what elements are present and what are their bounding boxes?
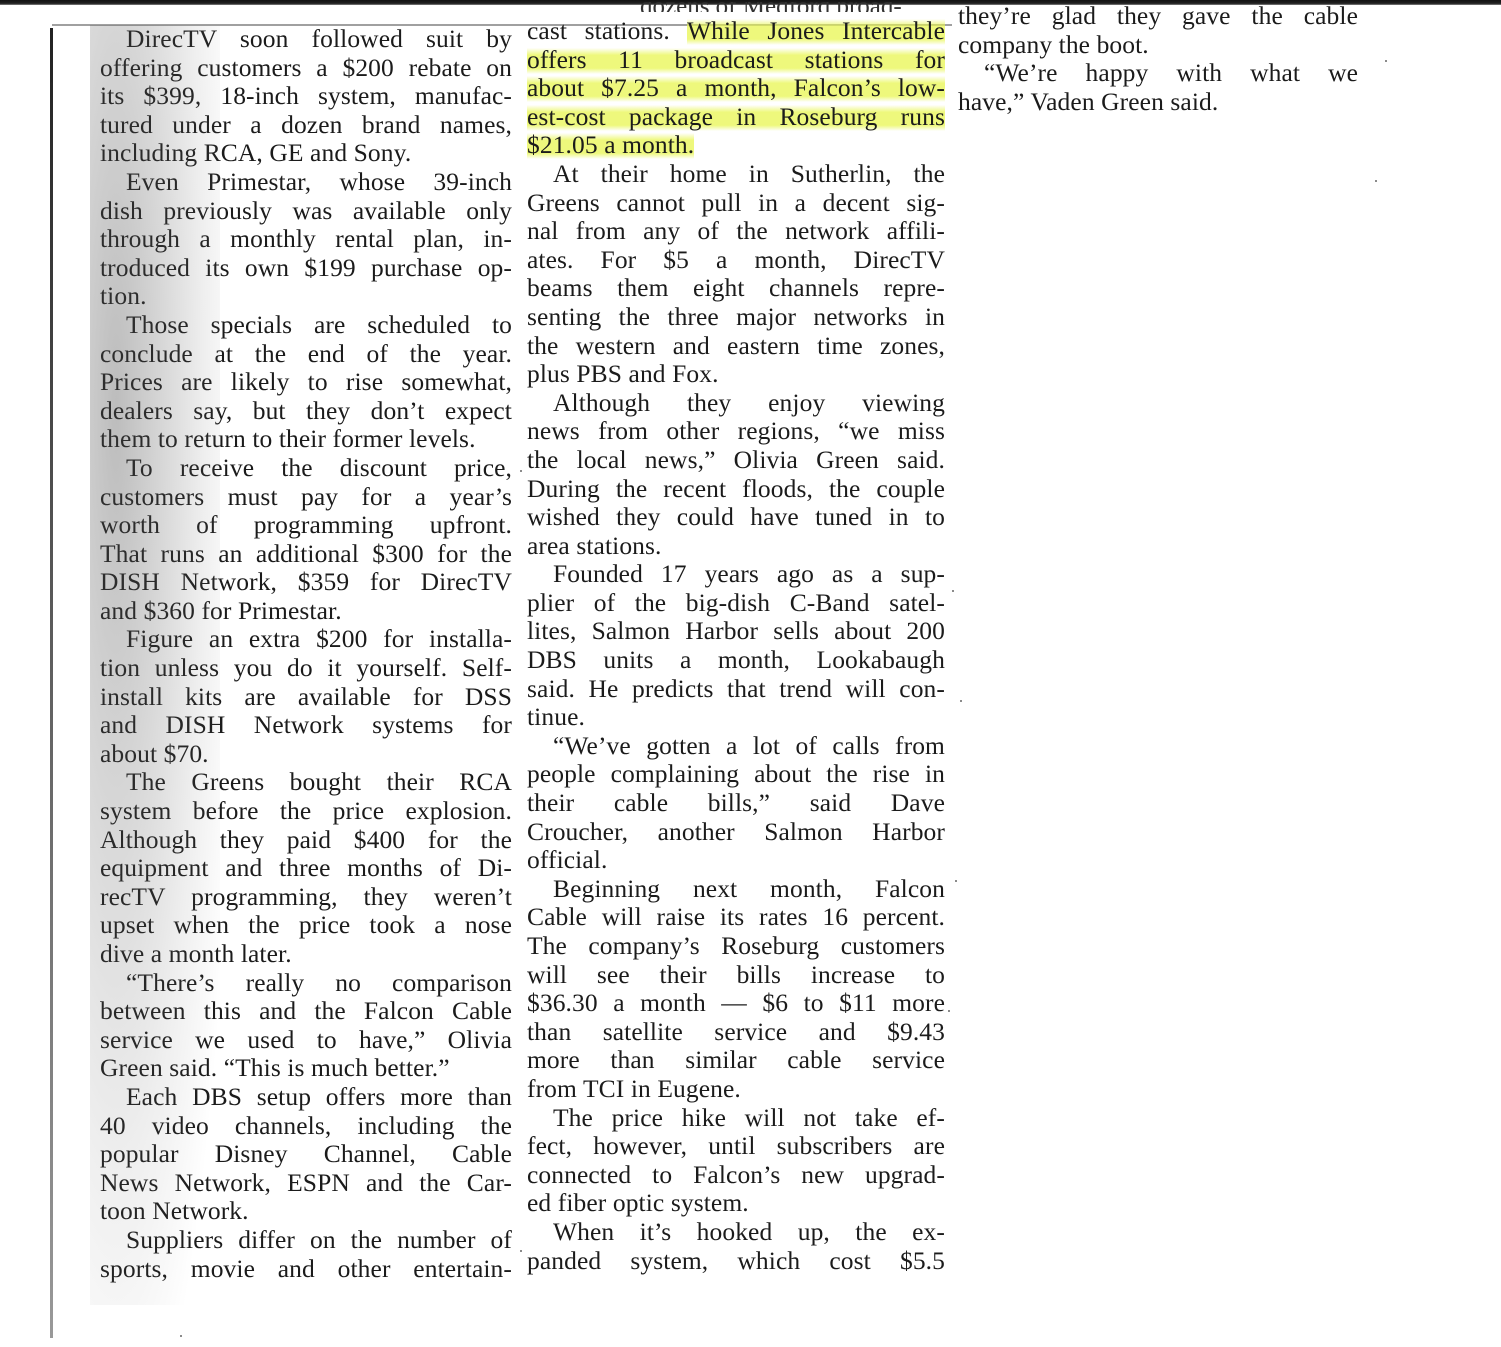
text-line: fect, however, until subscribers are <box>527 1132 945 1161</box>
line-text: the local news,” Olivia Green said. <box>527 445 945 474</box>
scan-speck <box>952 590 954 592</box>
line-text: At their home in Sutherlin, the <box>553 159 945 188</box>
line-text: DBS units a month, Lookabaugh <box>527 645 945 674</box>
text-line: about $70. <box>100 740 512 769</box>
line-text: senting the three major networks in <box>527 302 945 331</box>
line-text: Even Primestar, whose 39-inch <box>126 167 512 196</box>
line-text: the western and eastern time zones, <box>527 331 945 360</box>
line-text: upset when the price took a nose <box>100 910 512 939</box>
line-text: DISH Network, $359 for DirecTV <box>100 567 512 596</box>
text-line: install kits are available for DSS <box>100 683 512 712</box>
text-line: worth of programming upfront. <box>100 511 512 540</box>
text-line: have,” Vaden Green said. <box>958 88 1358 117</box>
column-lines: they’re glad they gave the cablecompany … <box>958 2 1358 116</box>
text-line: the western and eastern time zones, <box>527 332 945 361</box>
text-line: their cable bills,” said Dave <box>527 789 945 818</box>
line-text: Prices are likely to rise somewhat, <box>100 367 512 396</box>
scan-speck <box>1375 180 1377 182</box>
line-text: about $70. <box>100 739 209 768</box>
text-line: $21.05 a month. <box>527 131 945 160</box>
text-line: about $7.25 a month, Falcon’s low- <box>527 74 945 103</box>
line-text: lites, Salmon Harbor sells about 200 <box>527 616 945 645</box>
text-line: tured under a dozen brand names, <box>100 111 512 140</box>
line-text: ates. For $5 a month, DirecTV <box>527 245 945 274</box>
text-line: DirecTV soon followed suit by <box>100 25 512 54</box>
text-line: Suppliers differ on the number of <box>100 1226 512 1255</box>
line-text: said. He predicts that trend will con- <box>527 674 945 703</box>
article-column-middle: cast stations. While Jones Intercableoff… <box>527 17 945 1275</box>
text-line: them to return to their former levels. <box>100 425 512 454</box>
line-text: more than similar cable service <box>527 1045 945 1074</box>
text-line: Although they paid $400 for the <box>100 826 512 855</box>
text-line: people complaining about the rise in <box>527 760 945 789</box>
text-line: between this and the Falcon Cable <box>100 997 512 1026</box>
text-line: At their home in Sutherlin, the <box>527 160 945 189</box>
text-line: plus PBS and Fox. <box>527 360 945 389</box>
line-text: offering customers a $200 rebate on <box>100 53 512 82</box>
line-text: When it’s hooked up, the ex- <box>553 1217 945 1246</box>
line-text: through a monthly rental plan, in- <box>100 224 512 253</box>
line-text: than satellite service and $9.43 <box>527 1017 945 1046</box>
text-line: senting the three major networks in <box>527 303 945 332</box>
line-text: dish previously was available only <box>100 196 512 225</box>
line-text: have,” Vaden Green said. <box>958 87 1218 116</box>
line-text: DirecTV soon followed suit by <box>126 24 512 53</box>
line-text: Although they paid $400 for the <box>100 825 512 854</box>
line-text: them to return to their former levels. <box>100 424 476 453</box>
line-text: news from other regions, “we miss <box>527 416 945 445</box>
line-text: cast stations. <box>527 16 687 45</box>
line-text: That runs an additional $300 for the <box>100 539 512 568</box>
text-line: Greens cannot pull in a decent sig- <box>527 189 945 218</box>
line-text: toon Network. <box>100 1196 249 1225</box>
line-text: panded system, which cost $5.5 <box>527 1246 945 1275</box>
text-line: Each DBS setup offers more than <box>100 1083 512 1112</box>
text-line: plier of the big-dish C-Band satel- <box>527 589 945 618</box>
line-text: between this and the Falcon Cable <box>100 996 512 1025</box>
text-line: more than similar cable service <box>527 1046 945 1075</box>
text-line: and $360 for Primestar. <box>100 597 512 626</box>
scan-speck <box>960 700 962 702</box>
line-text: dive a month later. <box>100 939 292 968</box>
text-line: Even Primestar, whose 39-inch <box>100 168 512 197</box>
text-line: they’re glad they gave the cable <box>958 2 1358 31</box>
line-text: Each DBS setup offers more than <box>126 1082 512 1111</box>
line-text: sports, movie and other entertain- <box>100 1254 512 1283</box>
text-line: beams them eight channels repre- <box>527 274 945 303</box>
text-line: 40 video channels, including the <box>100 1112 512 1141</box>
text-line: equipment and three months of Di- <box>100 854 512 883</box>
line-text: Cable will raise its rates 16 percent. <box>527 902 945 931</box>
text-line: tion. <box>100 282 512 311</box>
text-line: customers must pay for a year’s <box>100 483 512 512</box>
line-text: people complaining about the rise in <box>527 759 945 788</box>
line-text: tinue. <box>527 702 585 731</box>
text-line: will see their bills increase to <box>527 961 945 990</box>
text-line: panded system, which cost $5.5 <box>527 1247 945 1276</box>
text-line: “We’re happy with what we <box>958 59 1358 88</box>
text-line: conclude at the end of the year. <box>100 340 512 369</box>
text-line: DISH Network, $359 for DirecTV <box>100 568 512 597</box>
line-text: Green said. “This is much better.” <box>100 1053 450 1082</box>
line-text: ed fiber optic system. <box>527 1188 749 1217</box>
text-line: To receive the discount price, <box>100 454 512 483</box>
text-line: Although they enjoy viewing <box>527 389 945 418</box>
text-line: recTV programming, they weren’t <box>100 883 512 912</box>
highlighted-text: est-cost package in Roseburg runs <box>527 102 945 131</box>
text-line: ates. For $5 a month, DirecTV <box>527 246 945 275</box>
line-text: troduced its own $199 purchase op- <box>100 253 512 282</box>
article-column-right: they’re glad they gave the cablecompany … <box>958 2 1358 116</box>
text-line: service we used to have,” Olivia <box>100 1026 512 1055</box>
text-line: connected to Falcon’s new upgrad- <box>527 1161 945 1190</box>
scan-speck <box>955 880 957 882</box>
text-line: “We’ve gotten a lot of calls from <box>527 732 945 761</box>
line-text: Suppliers differ on the number of <box>126 1225 512 1254</box>
line-text: equipment and three months of Di- <box>100 853 512 882</box>
text-line: through a monthly rental plan, in- <box>100 225 512 254</box>
line-text: To receive the discount price, <box>126 453 512 482</box>
line-text: dealers say, but they don’t expect <box>100 396 512 425</box>
line-text: service we used to have,” Olivia <box>100 1025 512 1054</box>
line-text: popular Disney Channel, Cable <box>100 1139 512 1168</box>
text-line: Prices are likely to rise somewhat, <box>100 368 512 397</box>
highlighted-text: about $7.25 a month, Falcon’s low- <box>527 73 945 102</box>
article-column-left: DirecTV soon followed suit byoffering cu… <box>100 25 512 1283</box>
clipping-left-edge <box>50 28 53 1338</box>
line-text: system before the price explosion. <box>100 796 512 825</box>
line-text: During the recent floods, the couple <box>527 474 945 503</box>
text-line: area stations. <box>527 532 945 561</box>
line-text: The Greens bought their RCA <box>126 767 512 796</box>
text-line: toon Network. <box>100 1197 512 1226</box>
line-text: “We’re happy with what we <box>984 58 1358 87</box>
cut-off-line-fragment: dozens of Medford broad- <box>640 2 930 12</box>
line-text: plus PBS and Fox. <box>527 359 719 388</box>
line-text: area stations. <box>527 531 662 560</box>
text-line: The company’s Roseburg customers <box>527 932 945 961</box>
text-line: Beginning next month, Falcon <box>527 875 945 904</box>
line-text: Those specials are scheduled to <box>126 310 512 339</box>
line-text: Founded 17 years ago as a sup- <box>553 559 945 588</box>
text-line: The price hike will not take ef- <box>527 1104 945 1133</box>
line-text: they’re glad they gave the cable <box>958 1 1358 30</box>
line-text: conclude at the end of the year. <box>100 339 512 368</box>
text-line: dealers say, but they don’t expect <box>100 397 512 426</box>
line-text: tion. <box>100 281 147 310</box>
text-line: $36.30 a month — $6 to $11 more <box>527 989 945 1018</box>
text-line: from TCI in Eugene. <box>527 1075 945 1104</box>
text-line: than satellite service and $9.43 <box>527 1018 945 1047</box>
line-text: beams them eight channels repre- <box>527 273 945 302</box>
text-line: news from other regions, “we miss <box>527 417 945 446</box>
column-lines: cast stations. While Jones Intercableoff… <box>527 17 945 1275</box>
line-text: its $399, 18-inch system, manufac- <box>100 81 512 110</box>
text-line: DBS units a month, Lookabaugh <box>527 646 945 675</box>
line-text: their cable bills,” said Dave <box>527 788 945 817</box>
text-line: That runs an additional $300 for the <box>100 540 512 569</box>
text-line: Those specials are scheduled to <box>100 311 512 340</box>
text-line: “There’s really no comparison <box>100 969 512 998</box>
text-line: Founded 17 years ago as a sup- <box>527 560 945 589</box>
line-text: 40 video channels, including the <box>100 1111 512 1140</box>
text-line: company the boot. <box>958 31 1358 60</box>
text-line: dish previously was available only <box>100 197 512 226</box>
line-text: tured under a dozen brand names, <box>100 110 512 139</box>
line-text: and $360 for Primestar. <box>100 596 342 625</box>
scan-speck <box>180 1335 182 1337</box>
line-text: install kits are available for DSS <box>100 682 512 711</box>
text-line: its $399, 18-inch system, manufac- <box>100 82 512 111</box>
text-line: ed fiber optic system. <box>527 1189 945 1218</box>
scan-speck <box>520 470 522 472</box>
text-line: During the recent floods, the couple <box>527 475 945 504</box>
line-text: official. <box>527 845 607 874</box>
line-text: “There’s really no comparison <box>126 968 512 997</box>
text-line: The Greens bought their RCA <box>100 768 512 797</box>
line-text: connected to Falcon’s new upgrad- <box>527 1160 945 1189</box>
line-text: The price hike will not take ef- <box>553 1103 945 1132</box>
text-line: Cable will raise its rates 16 percent. <box>527 903 945 932</box>
text-line: the local news,” Olivia Green said. <box>527 446 945 475</box>
text-line: including RCA, GE and Sony. <box>100 139 512 168</box>
text-line: Croucher, another Salmon Harbor <box>527 818 945 847</box>
line-text: plier of the big-dish C-Band satel- <box>527 588 945 617</box>
line-text: “We’ve gotten a lot of calls from <box>553 731 945 760</box>
text-line: lites, Salmon Harbor sells about 200 <box>527 617 945 646</box>
text-line: tion unless you do it yourself. Self- <box>100 654 512 683</box>
text-line: upset when the price took a nose <box>100 911 512 940</box>
line-text: Figure an extra $200 for installa- <box>126 624 512 653</box>
line-text: company the boot. <box>958 30 1149 59</box>
line-text: tion unless you do it yourself. Self- <box>100 653 512 682</box>
text-line: When it’s hooked up, the ex- <box>527 1218 945 1247</box>
text-line: popular Disney Channel, Cable <box>100 1140 512 1169</box>
text-line: official. <box>527 846 945 875</box>
highlighted-text: $21.05 a month. <box>527 130 694 159</box>
line-text: fect, however, until subscribers are <box>527 1131 945 1160</box>
highlighted-text: While Jones Intercable <box>687 16 945 45</box>
line-text: $36.30 a month — $6 to $11 more <box>527 988 945 1017</box>
text-line: est-cost package in Roseburg runs <box>527 103 945 132</box>
line-text: Croucher, another Salmon Harbor <box>527 817 945 846</box>
text-line: offers 11 broadcast stations for <box>527 46 945 75</box>
text-line: wished they could have tuned in to <box>527 503 945 532</box>
text-line: News Network, ESPN and the Car- <box>100 1169 512 1198</box>
text-line: cast stations. While Jones Intercable <box>527 17 945 46</box>
scan-speck <box>948 1010 950 1012</box>
text-line: Green said. “This is much better.” <box>100 1054 512 1083</box>
text-line: nal from any of the network affili- <box>527 217 945 246</box>
line-text: worth of programming upfront. <box>100 510 512 539</box>
line-text: including RCA, GE and Sony. <box>100 138 411 167</box>
line-text: Greens cannot pull in a decent sig- <box>527 188 945 217</box>
line-text: Beginning next month, Falcon <box>553 874 945 903</box>
line-text: and DISH Network systems for <box>100 710 512 739</box>
highlighted-text: offers 11 broadcast stations for <box>527 45 945 74</box>
scan-speck <box>520 1250 522 1252</box>
line-text: from TCI in Eugene. <box>527 1074 741 1103</box>
text-line: troduced its own $199 purchase op- <box>100 254 512 283</box>
text-line: sports, movie and other entertain- <box>100 1255 512 1284</box>
text-line: said. He predicts that trend will con- <box>527 675 945 704</box>
text-line: dive a month later. <box>100 940 512 969</box>
scan-speck <box>1385 60 1387 62</box>
text-line: and DISH Network systems for <box>100 711 512 740</box>
text-line: tinue. <box>527 703 945 732</box>
line-text: will see their bills increase to <box>527 960 945 989</box>
line-text: nal from any of the network affili- <box>527 216 945 245</box>
line-text: Although they enjoy viewing <box>553 388 945 417</box>
line-text: recTV programming, they weren’t <box>100 882 512 911</box>
line-text: The company’s Roseburg customers <box>527 931 945 960</box>
column-lines: DirecTV soon followed suit byoffering cu… <box>100 25 512 1283</box>
text-line: system before the price explosion. <box>100 797 512 826</box>
text-line: Figure an extra $200 for installa- <box>100 625 512 654</box>
line-text: News Network, ESPN and the Car- <box>100 1168 512 1197</box>
line-text: wished they could have tuned in to <box>527 502 945 531</box>
text-line: offering customers a $200 rebate on <box>100 54 512 83</box>
line-text: customers must pay for a year’s <box>100 482 512 511</box>
